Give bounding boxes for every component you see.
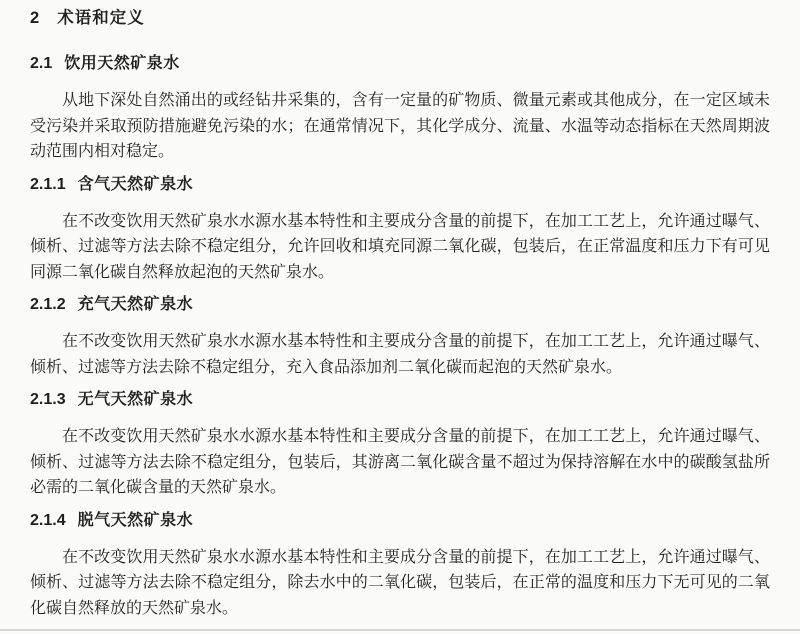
section-number: 2.1.4 xyxy=(30,512,66,529)
section-paragraph: 在不改变饮用天然矿泉水水源水基本特性和主要成分含量的前提下，在加工工艺上，允许通… xyxy=(30,209,770,286)
section-number: 2.1.2 xyxy=(30,296,66,313)
section-heading: 2.1.3无气天然矿泉水 xyxy=(30,390,770,410)
section-number: 2.1.3 xyxy=(30,391,66,408)
section-2-1-4: 2.1.4脱气天然矿泉水 在不改变饮用天然矿泉水水源水基本特性和主要成分含量的前… xyxy=(30,511,770,622)
section-2-1-1: 2.1.1含气天然矿泉水 在不改变饮用天然矿泉水水源水基本特性和主要成分含量的前… xyxy=(30,175,770,286)
section-number: 2.1.1 xyxy=(30,176,66,193)
section-title: 充气天然矿泉水 xyxy=(78,296,194,313)
section-heading: 2.1.1含气天然矿泉水 xyxy=(30,175,770,195)
section-paragraph: 在不改变饮用天然矿泉水水源水基本特性和主要成分含量的前提下，在加工工艺上，允许通… xyxy=(30,424,770,501)
section-paragraph: 在不改变饮用天然矿泉水水源水基本特性和主要成分含量的前提下，在加工工艺上，允许通… xyxy=(30,545,770,622)
section-2-1-3: 2.1.3无气天然矿泉水 在不改变饮用天然矿泉水水源水基本特性和主要成分含量的前… xyxy=(30,390,770,501)
chapter-title: 术语和定义 xyxy=(57,9,145,27)
section-2-1: 2.1饮用天然矿泉水 从地下深处自然涌出的或经钻井采集的，含有一定量的矿物质、微… xyxy=(30,54,770,165)
chapter-number: 2 xyxy=(30,9,39,27)
section-number: 2.1 xyxy=(30,55,52,72)
chapter-heading: 2术语和定义 xyxy=(30,8,770,28)
section-title: 饮用天然矿泉水 xyxy=(64,55,180,72)
section-title: 无气天然矿泉水 xyxy=(78,391,194,408)
section-heading: 2.1.4脱气天然矿泉水 xyxy=(30,511,770,531)
section-title: 含气天然矿泉水 xyxy=(78,176,194,193)
section-paragraph: 在不改变饮用天然矿泉水水源水基本特性和主要成分含量的前提下，在加工工艺上，允许通… xyxy=(30,329,770,380)
section-heading: 2.1饮用天然矿泉水 xyxy=(30,54,770,74)
bottom-divider xyxy=(0,629,800,631)
section-2-1-2: 2.1.2充气天然矿泉水 在不改变饮用天然矿泉水水源水基本特性和主要成分含量的前… xyxy=(30,295,770,380)
section-title: 脱气天然矿泉水 xyxy=(78,512,194,529)
section-heading: 2.1.2充气天然矿泉水 xyxy=(30,295,770,315)
section-paragraph: 从地下深处自然涌出的或经钻井采集的，含有一定量的矿物质、微量元素或其他成分，在一… xyxy=(30,88,770,165)
document-page: { "page": { "bg": "#fbfbf9", "text_color… xyxy=(0,0,800,634)
